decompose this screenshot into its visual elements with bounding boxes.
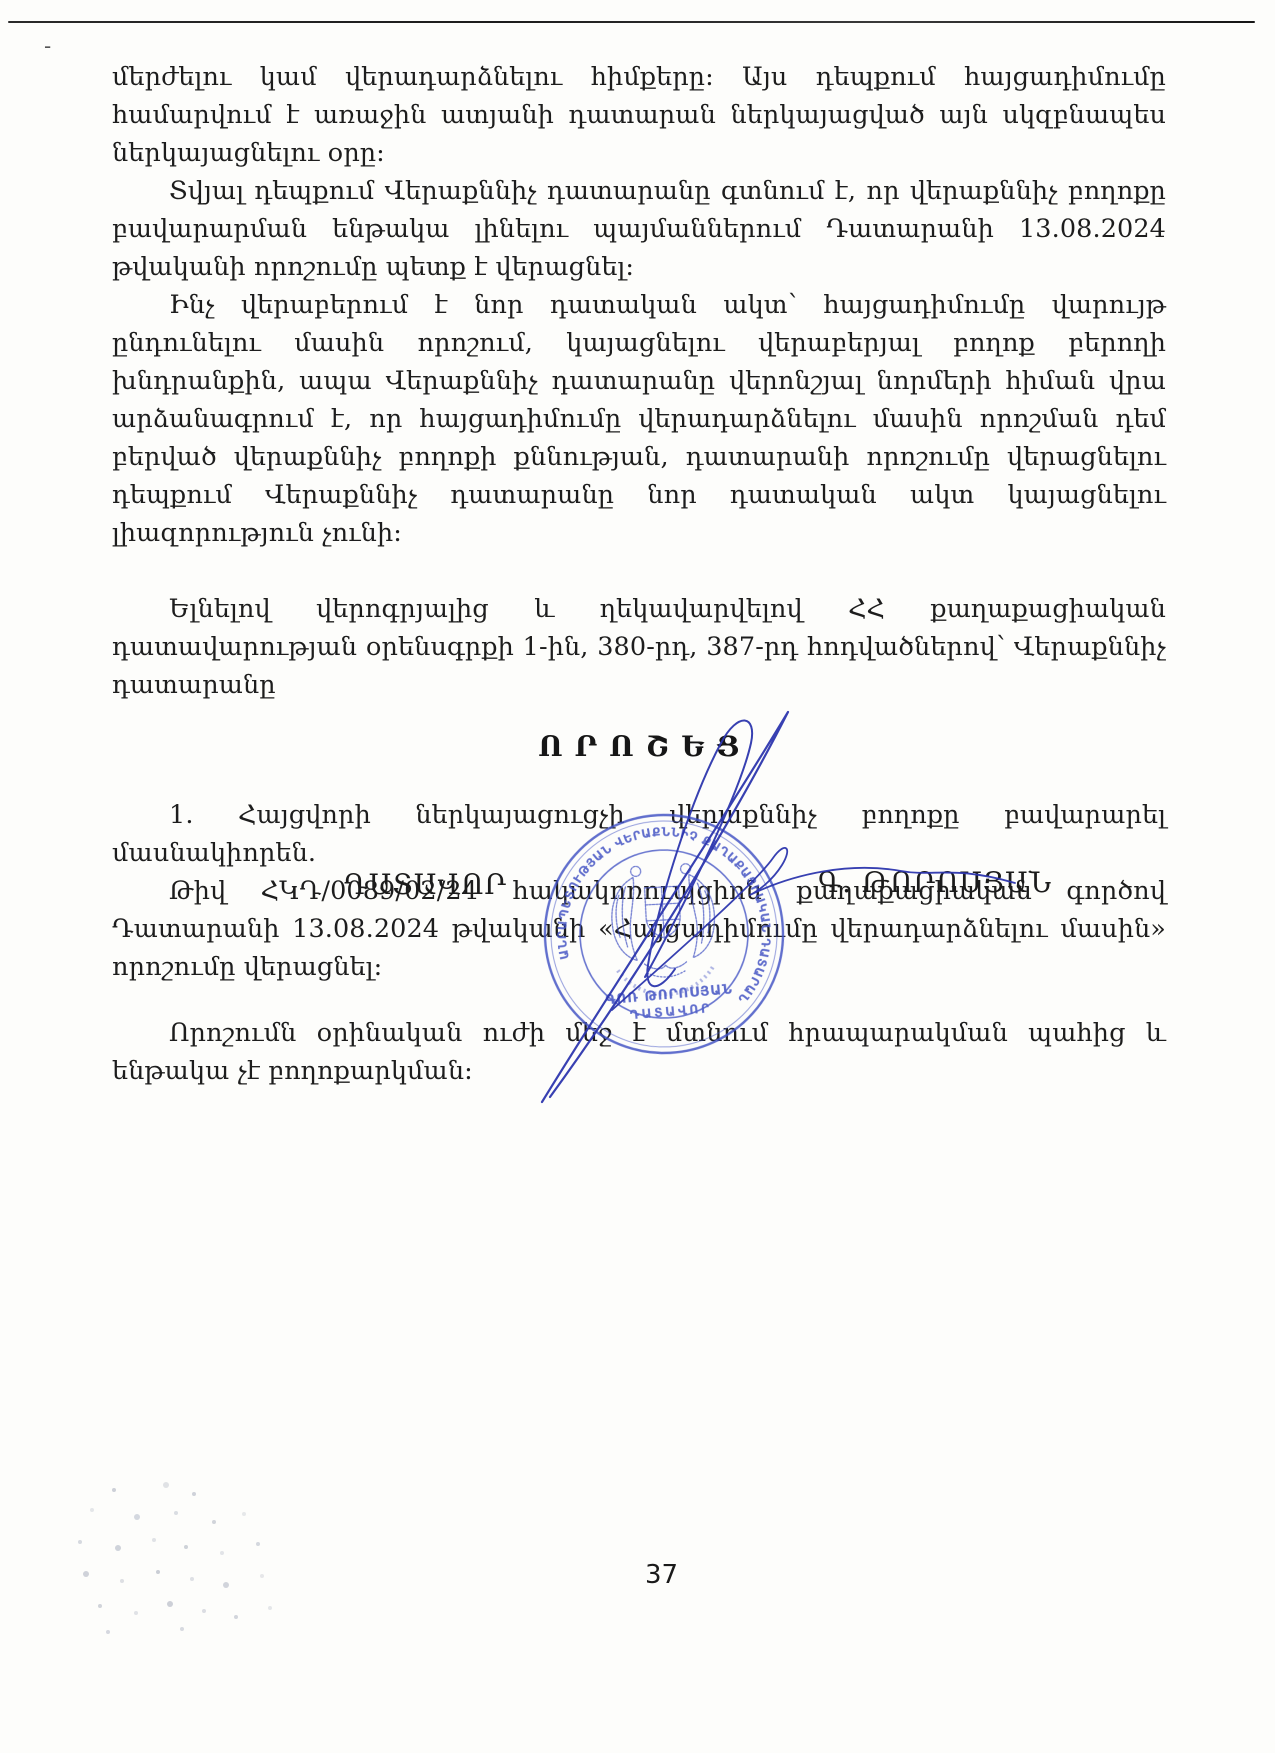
paragraph-continuation: մերժելու կամ վերադարձնելու հիմքերը: Այս …	[112, 58, 1166, 172]
signature-flourish-right	[612, 848, 1015, 1010]
signature-long-loop	[542, 712, 788, 1102]
paragraph-legal-basis: Ելնելով վերոգրյալից և ղեկավարվելով ՀՀ քա…	[112, 590, 1166, 704]
page-number: 37	[645, 1560, 678, 1590]
paragraph: Տվյալ դեպքում Վերաքննիչ դատարանը գտնում …	[112, 172, 1166, 286]
judge-role-label: ԴԱՏԱՎՈՐ	[344, 868, 507, 901]
scanned-court-decision-page: - մերժելու կամ վերադարձնելու հիմքերը: Այ…	[0, 0, 1275, 1753]
paragraph: Ինչ վերաբերում է նոր դատական ակտ՝ հայցադ…	[112, 286, 1166, 552]
scan-edge-line	[8, 21, 1255, 23]
signature-ink	[495, 695, 1055, 1125]
scan-speckle-artifacts	[72, 1482, 76, 1486]
scan-stray-mark: -	[44, 34, 51, 58]
